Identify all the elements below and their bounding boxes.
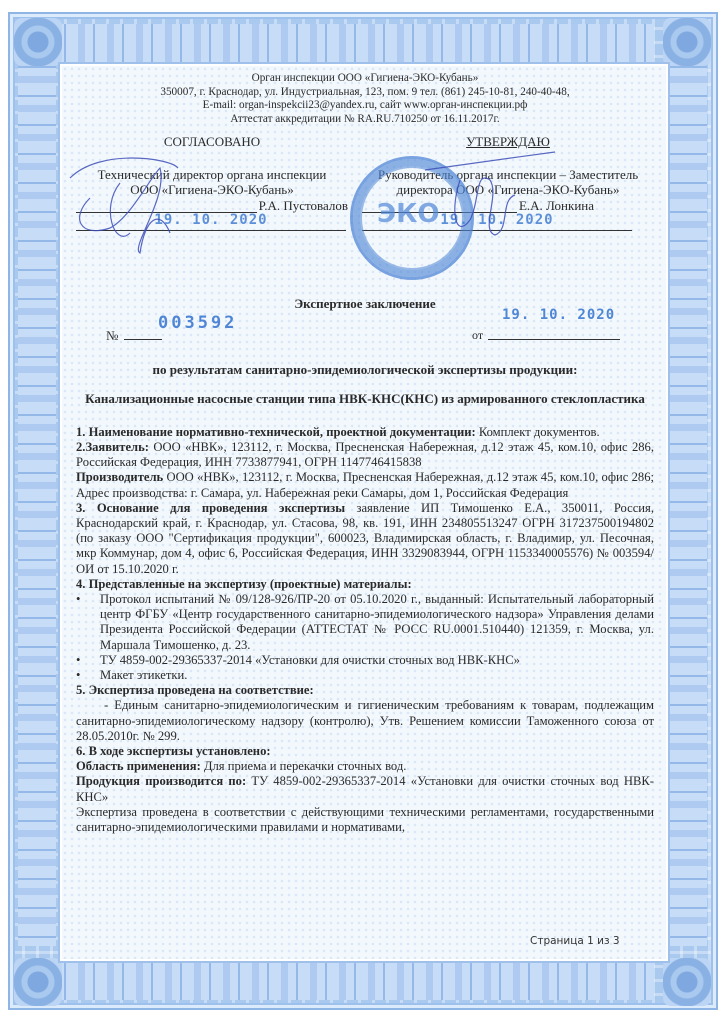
signer-position: Технический директор органа инспекции bbox=[76, 167, 348, 183]
issuer-contacts: E-mail: organ-inspekcii23@yandex.ru, сай… bbox=[76, 99, 654, 113]
list-item: ТУ 4859-002-29365337-2014 «Установки для… bbox=[76, 653, 654, 668]
from-label: от bbox=[472, 328, 483, 343]
frame-border-bottom bbox=[56, 962, 654, 1000]
issuer-accreditation: Аттестат аккредитации № RA.RU.710250 от … bbox=[76, 113, 654, 127]
approval-title: СОГЛАСОВАНО bbox=[76, 134, 348, 150]
production-standard: Продукция производится по: ТУ 4859-002-2… bbox=[76, 774, 654, 804]
frame-border-left bbox=[18, 66, 56, 946]
section-2-manufacturer: Производитель ООО «НВК», 123112, г. Моск… bbox=[76, 470, 654, 500]
ornament-corner-icon bbox=[663, 18, 711, 66]
approval-approved: УТВЕРЖДАЮ Руководитель органа инспекции … bbox=[362, 134, 654, 231]
approval-title: УТВЕРЖДАЮ bbox=[362, 134, 654, 150]
approval-block: СОГЛАСОВАНО Технический директор органа … bbox=[76, 134, 654, 284]
materials-list: Протокол испытаний № 09/128-926/ПР-20 от… bbox=[76, 592, 654, 683]
document-date-stamp: 19. 10. 2020 bbox=[502, 308, 615, 323]
section-5-text: - Единым санитарно-эпидемиологическим и … bbox=[76, 698, 654, 744]
document-subtitle: по результатам санитарно-эпидемиологичес… bbox=[76, 362, 654, 377]
ornament-corner-icon bbox=[14, 958, 62, 1006]
document-number-row: № 003592 от 19. 10. 2020 bbox=[76, 314, 654, 350]
signer-name: Р.А. Пустовалов bbox=[259, 198, 348, 214]
list-item: Макет этикетки. bbox=[76, 668, 654, 683]
date-line: 19. 10. 2020 bbox=[76, 215, 346, 231]
section-1: 1. Наименование нормативно-технической, … bbox=[76, 425, 654, 440]
section-5: 5. Экспертиза проведена на соответствие: bbox=[76, 683, 654, 698]
frame-border-right bbox=[669, 66, 707, 946]
product-name: Канализационные насосные станции типа НВ… bbox=[76, 391, 654, 407]
document-content: Орган инспекции ООО «Гигиена-ЭКО-Кубань»… bbox=[76, 72, 654, 835]
signer-position: Руководитель органа инспекции – Заместит… bbox=[362, 167, 654, 183]
document-body: 1. Наименование нормативно-технической, … bbox=[76, 425, 654, 835]
document-number-stamp: 003592 bbox=[158, 316, 237, 331]
date-stamp: 19. 10. 2020 bbox=[440, 213, 553, 229]
date-stamp: 19. 10. 2020 bbox=[154, 213, 267, 229]
issuer-name: Орган инспекции ООО «Гигиена-ЭКО-Кубань» bbox=[76, 72, 654, 86]
page-indicator: Страница 1 из 3 bbox=[530, 935, 620, 947]
list-item: Протокол испытаний № 09/128-926/ПР-20 от… bbox=[76, 592, 654, 653]
frame-border-top bbox=[56, 24, 654, 62]
issuer-header: Орган инспекции ООО «Гигиена-ЭКО-Кубань»… bbox=[76, 72, 654, 126]
signer-organization: ООО «Гигиена-ЭКО-Кубань» bbox=[76, 182, 348, 198]
ornament-corner-icon bbox=[663, 958, 711, 1006]
signer-name: Е.А. Лонкина bbox=[519, 198, 594, 214]
number-label: № bbox=[106, 328, 118, 343]
signature-line: Е.А. Лонкина bbox=[362, 198, 654, 214]
approval-agreed: СОГЛАСОВАНО Технический директор органа … bbox=[76, 134, 348, 231]
date-line: 19. 10. 2020 bbox=[362, 215, 632, 231]
section-3: 3. Основание для проведения экспертизы з… bbox=[76, 501, 654, 577]
signer-organization: директора ООО «Гигиена-ЭКО-Кубань» bbox=[362, 182, 654, 198]
application-area: Область применения: Для приема и перекач… bbox=[76, 759, 654, 774]
ornament-corner-icon bbox=[14, 18, 62, 66]
signature-line: Р.А. Пустовалов bbox=[76, 198, 348, 214]
section-6-text: Экспертиза проведена в соответствии с де… bbox=[76, 805, 654, 835]
section-6: 6. В ходе экспертизы установлено: bbox=[76, 744, 654, 759]
section-4: 4. Представленные на экспертизу (проектн… bbox=[76, 577, 654, 592]
issuer-address: 350007, г. Краснодар, ул. Индустриальная… bbox=[76, 86, 654, 100]
section-2-applicant: 2.Заявитель: ООО «НВК», 123112, г. Москв… bbox=[76, 440, 654, 470]
